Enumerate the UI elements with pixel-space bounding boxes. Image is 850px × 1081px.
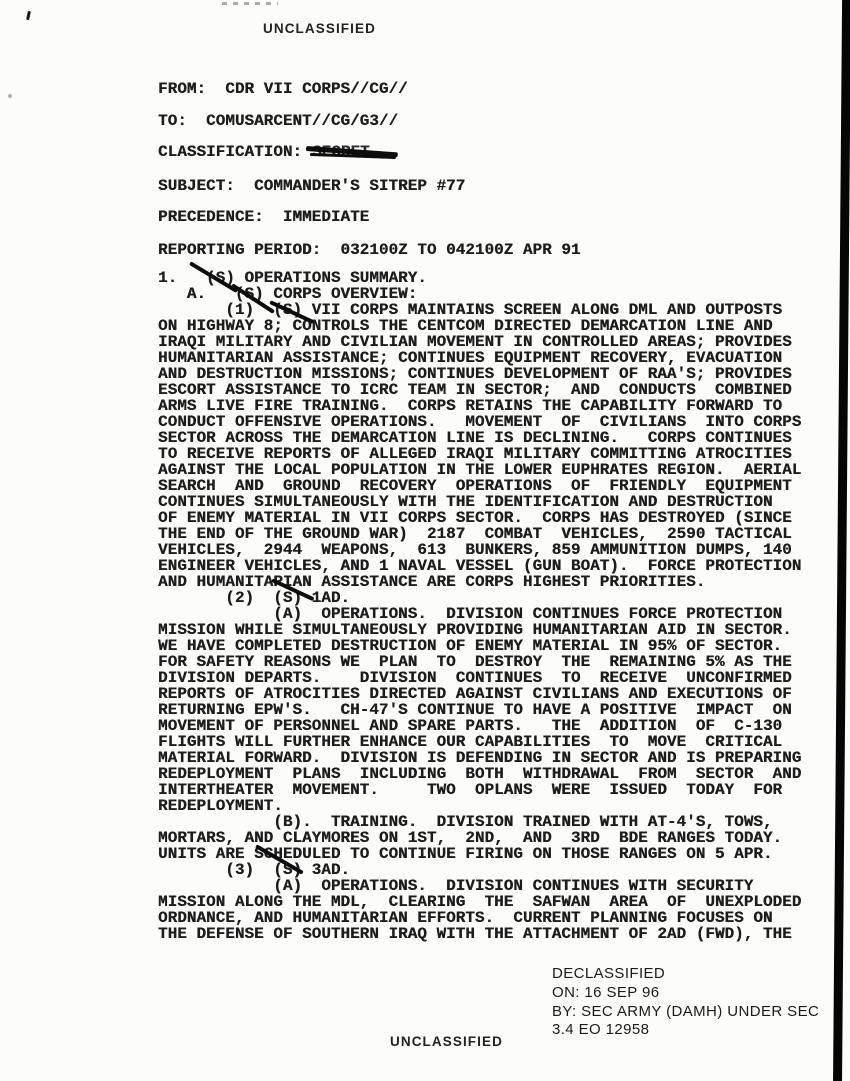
header-reporting-period-line: REPORTING PERIOD: 032100Z TO 042100Z APR… (158, 241, 580, 259)
scan-edge-artifact (833, 0, 850, 1081)
document-page: UNCLASSIFIED FROM: CDR VII CORPS//CG// T… (0, 0, 850, 1081)
scan-speck-dot (8, 94, 12, 98)
declassified-stamp-order: 3.4 EO 12958 (552, 1021, 649, 1038)
declassified-stamp-authority: BY: SEC ARMY (DAMH) UNDER SEC (552, 1003, 819, 1020)
bottom-classification-banner: UNCLASSIFIED (390, 1034, 503, 1049)
document-body-text: 1. (S) OPERATIONS SUMMARY. A. (S) CORPS … (158, 270, 801, 942)
declassified-stamp-title: DECLASSIFIED (552, 965, 665, 982)
header-from-line: FROM: CDR VII CORPS//CG// (158, 80, 408, 98)
scan-noise-dashes (222, 2, 278, 5)
header-to-line: TO: COMUSARCENT//CG/G3// (158, 112, 398, 130)
header-precedence-line: PRECEDENCE: IMMEDIATE (158, 208, 369, 226)
top-classification-banner: UNCLASSIFIED (263, 21, 376, 36)
declassified-stamp-date: ON: 16 SEP 96 (552, 984, 659, 1001)
scan-speck-tick (26, 11, 31, 20)
header-subject-line: SUBJECT: COMMANDER'S SITREP #77 (158, 177, 465, 195)
classification-label: CLASSIFICATION: (158, 143, 302, 161)
